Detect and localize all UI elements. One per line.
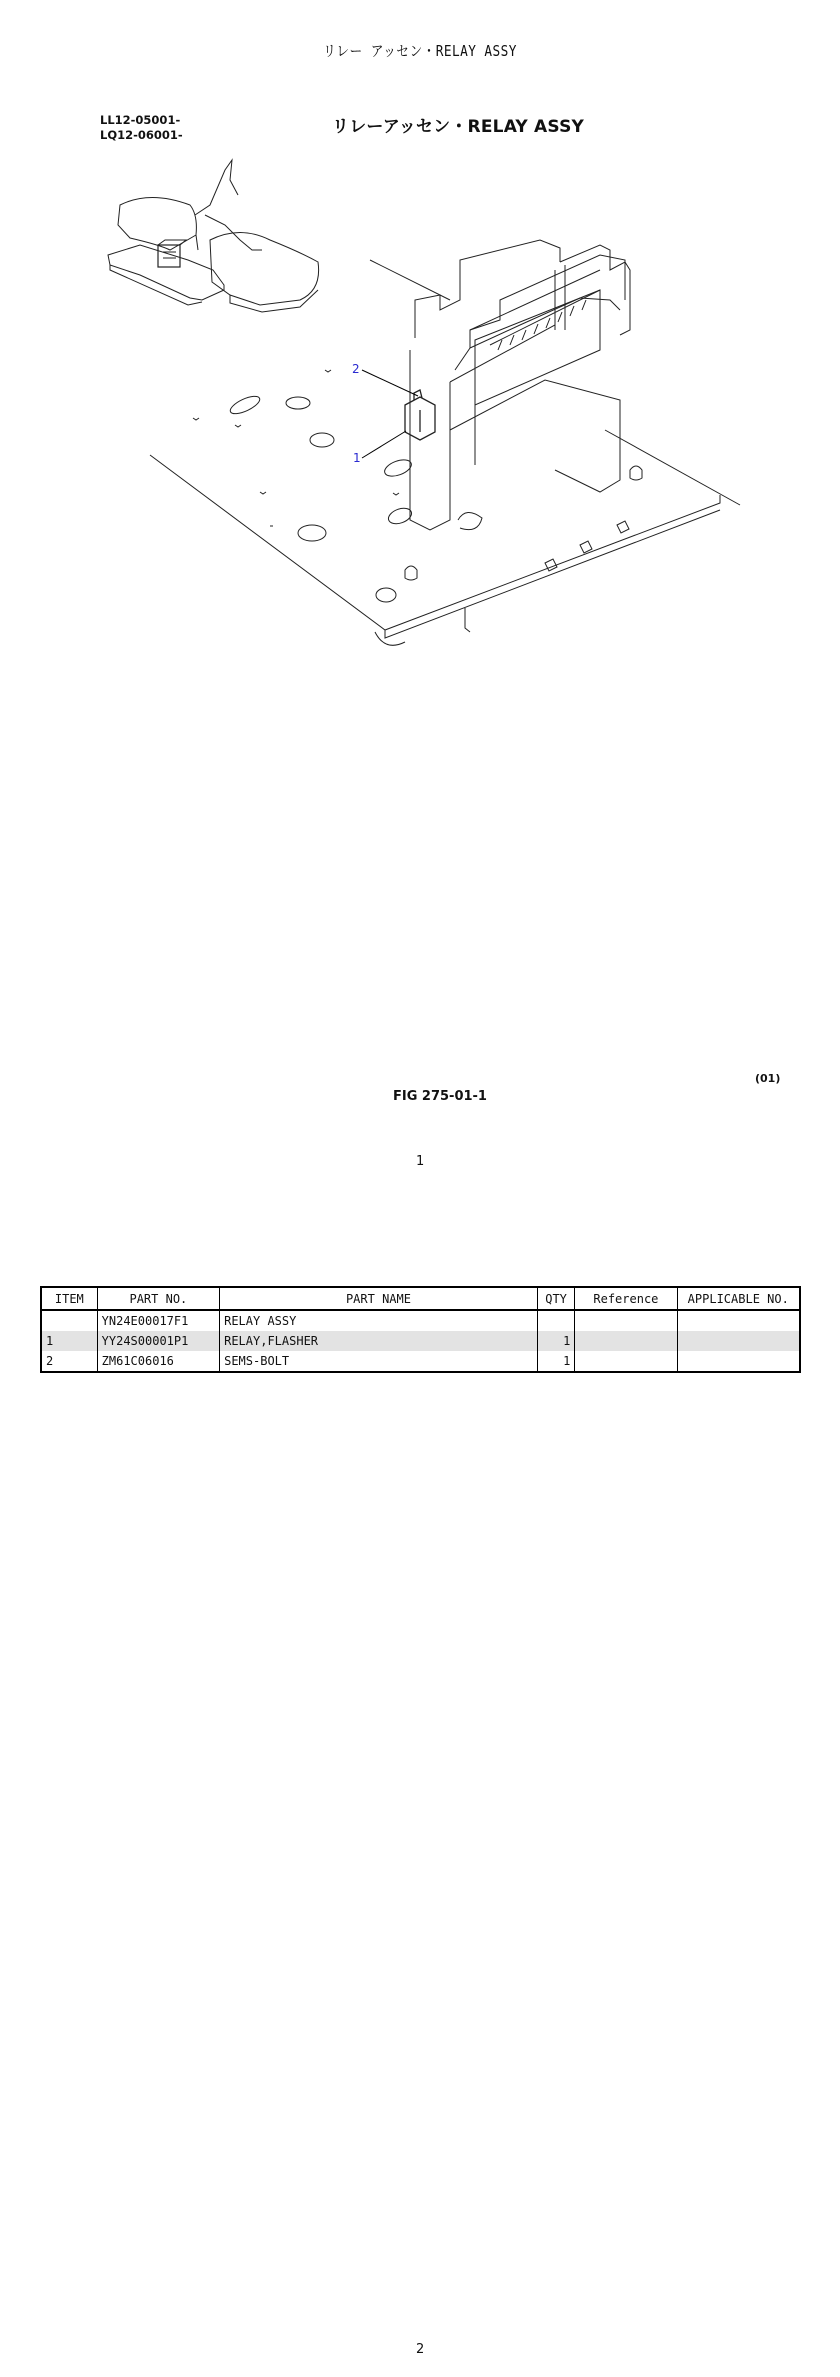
table-header-row: ITEM PART NO. PART NAME QTY Reference AP… [41,1287,800,1310]
parts-diagram: 2 1 [0,140,840,670]
cell-reference [575,1351,677,1372]
cell-qty [537,1310,574,1331]
serial-range: LL12-05001- LQ12-06001- [100,113,183,143]
cell-part-no: YY24S00001P1 [97,1331,219,1351]
page-header-title: リレー アッセン・RELAY ASSY [63,40,777,61]
cell-item [41,1310,97,1331]
cell-item: 2 [41,1351,97,1372]
figure-number: FIG 275-01-1 [393,1089,487,1104]
table-row: 2 ZM61C06016 SEMS-BOLT 1 [41,1351,800,1372]
cell-qty: 1 [537,1331,574,1351]
cell-reference [575,1331,677,1351]
cell-applicable-no [677,1331,800,1351]
page-code: (01) [755,1072,780,1085]
page-number: 2 [416,2342,424,2357]
parts-table: ITEM PART NO. PART NAME QTY Reference AP… [40,1286,801,1373]
cell-part-name: RELAY ASSY [220,1310,538,1331]
table-row: 1 YY24S00001P1 RELAY,FLASHER 1 [41,1331,800,1351]
col-item: ITEM [41,1287,97,1310]
sheet-number: 1 [416,1154,424,1169]
col-part-name: PART NAME [220,1287,538,1310]
machine-overview-inset [108,160,319,312]
col-reference: Reference [575,1287,677,1310]
cell-part-no: ZM61C06016 [97,1351,219,1372]
col-qty: QTY [537,1287,574,1310]
serial-range-1: LL12-05001- [100,113,183,128]
cell-part-name: SEMS-BOLT [220,1351,538,1372]
relay-frame [410,240,630,530]
cell-reference [575,1310,677,1331]
col-part-no: PART NO. [97,1287,219,1310]
callout-1: 1 [353,451,361,465]
cell-applicable-no [677,1351,800,1372]
cell-part-name: RELAY,FLASHER [220,1331,538,1351]
cell-applicable-no [677,1310,800,1331]
col-applicable-no: APPLICABLE NO. [677,1287,800,1310]
cell-item: 1 [41,1331,97,1351]
callout-2: 2 [352,362,360,376]
cell-qty: 1 [537,1351,574,1372]
figure-title: リレーアッセン・RELAY ASSY [332,112,584,137]
floor-plate [150,260,740,645]
table-row: YN24E00017F1 RELAY ASSY [41,1310,800,1331]
cell-part-no: YN24E00017F1 [97,1310,219,1331]
